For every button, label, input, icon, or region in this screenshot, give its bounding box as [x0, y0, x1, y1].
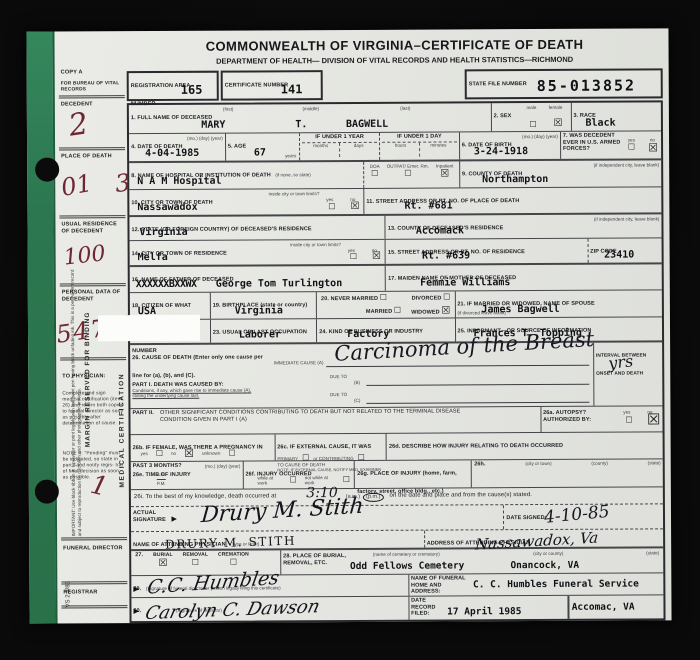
due-to-b-label: DUE TO [330, 374, 347, 379]
section-place-of-death: PLACE OF DEATH [61, 153, 123, 160]
certificate-number-value: 141 [281, 82, 303, 96]
external-cause-label: 26c. IF EXTERNAL CAUSE, IT WAS [277, 444, 371, 450]
race-value: Black [585, 118, 615, 129]
row-parents: 16. NAME OF FATHER OF DECEASED XXXXXXBXX… [130, 264, 662, 293]
conditions-note: Conditions, if any, which gave rise to i… [132, 387, 264, 398]
interval-value: yrs [607, 351, 634, 373]
pregnancy-yes-checkbox: ☐ [156, 449, 163, 457]
certificate-number-label: CERTIFICATE NUMBER [225, 82, 288, 88]
county-hint: (county) [591, 461, 608, 468]
state-file-label: STATE FILE NUMBER [469, 81, 527, 87]
part2-label: PART II. [132, 410, 154, 433]
section-usual-residence: USUAL RESIDENCE OF DECEDENT [61, 221, 123, 235]
field-describe-injury: 26d. DESCRIBE HOW INJURY RELATING TO DEA… [386, 432, 663, 459]
not-while-work-hint: not while at work [305, 475, 335, 485]
married-checkbox: ☐ [394, 305, 401, 314]
burial-city-value: Onancock, VA [510, 560, 579, 571]
field-residence-city: 14. CITY OR TOWN OF RESIDENCE inside cit… [130, 240, 385, 265]
time-injury-date-hint: (mo.) (day) (year) [205, 464, 241, 469]
field-physician-name: NAME OF ATTENDING PHYSICIAN (Type or Pri… [131, 531, 424, 550]
never-married-checkbox: ☐ [380, 293, 387, 302]
zip-value: 23410 [604, 250, 634, 261]
city-county-hint: (city or county) [533, 551, 563, 556]
row-registrar: 30. (Signature of registrar) ▶ Carolyn C… [131, 595, 663, 621]
date-of-death-value: 4-04-1985 [145, 148, 199, 159]
field-father: 16. NAME OF FATHER OF DECEASED XXXXXXBXX… [130, 266, 385, 292]
burial-state-hint: (state) [646, 550, 659, 555]
autopsy-no-checkbox: ☒ [647, 412, 661, 427]
burial-checkbox: ☒ [158, 559, 167, 569]
independent-city-hint-2: (if independent city, leave blank) [594, 216, 660, 221]
age-label: 5. AGE [228, 144, 246, 150]
margin-binding-label: MARGIN RESERVED FOR BINDING [84, 259, 92, 499]
spouse-value: James Bagwell [481, 304, 559, 315]
row-26bcd: 26b. IF FEMALE, WAS THERE A PREGNANCY IN… [131, 432, 663, 462]
state-file-box: STATE FILE NUMBER 85-013852 [465, 68, 663, 99]
part2-text: OTHER SIGNIFICANT CONDITIONS CONTRIBUTIN… [160, 408, 485, 433]
row-26efgh: 26e. TIME OF INJURY (mo.) (day) (year) A… [131, 459, 663, 490]
row-residence-state: 12. STATE (OR FOREIGN COUNTRY) OF DECEAS… [129, 214, 661, 241]
while-work-hint: while at work [258, 475, 282, 485]
date-filed-label: DATE RECORD FILED: [411, 598, 445, 618]
field-time-of-injury: 26e. TIME OF INJURY (mo.) (day) (year) A… [131, 462, 243, 490]
registrar-sig-arrow-icon: ▶ [133, 607, 138, 615]
hand-number-pod1: 01 [59, 169, 94, 202]
occupation-value: Laborer [239, 329, 281, 340]
registrar-signature: Carolyn C. Dawson [143, 596, 322, 624]
armed-forces-label: 7. WAS DECEDENT EVER IN U.S. ARMED FORCE… [563, 133, 623, 153]
due-to-c-label: DUE TO [330, 392, 347, 397]
field-age: 5. AGE 67 years [225, 133, 300, 160]
hand-number-residence: 100 [62, 241, 106, 270]
row-part2: PART II. OTHER SIGNIFICANT CONDITIONS CO… [130, 406, 662, 435]
months-hint: months [302, 143, 339, 157]
cause-line-b [366, 384, 589, 386]
row-death-date: 4. DATE OF DEATH (mo.) (day) (year) 4-04… [129, 131, 661, 163]
date-signed-label: DATE SIGNED: [506, 515, 546, 521]
hole-punch-bottom [35, 480, 59, 504]
form-code: VS 2.5/83 [65, 557, 71, 607]
field-armed-forces: 7. WAS DECEDENT EVER IN U.S. ARMED FORCE… [560, 131, 661, 159]
am-hint: A.M. [157, 472, 166, 477]
field-city-of-death: 10. CITY OR TOWN OF DEATH inside city or… [129, 189, 363, 215]
sex-male-checkbox: ☐ [529, 121, 536, 129]
field-filed-place: Accomac, VA [568, 595, 664, 619]
registration-area-value: 165 [181, 83, 203, 97]
outpatient-checkbox: ☐ [404, 170, 411, 178]
pm-hint: P.M. [157, 479, 166, 486]
field-date-of-birth: 6. DATE OF BIRTH (mo.) (day) (year) 3-24… [459, 132, 560, 160]
photo-background: IMPORTANT: Use black ribbon in typewrite… [0, 0, 700, 660]
last-hint: (last) [400, 106, 410, 111]
row-citizen-marital: 18. CITIZEN OF WHAT COUNTRY USA 19. BIRT… [130, 290, 662, 320]
state-hint: (state) [648, 460, 661, 467]
cause-line-a [326, 365, 589, 367]
field-actual-signature: ACTUAL SIGNATURE ▶ Drury M. Stith [131, 505, 504, 531]
field-autopsy: 26a. AUTOPSY? AUTHORIZED BY: yes ☐ no ☒ [540, 406, 662, 432]
field-interval: INTERVAL BETWEEN ONSET AND DEATH yrs [593, 342, 662, 405]
immediate-cause-label: IMMEDIATE CAUSE (A) [274, 360, 324, 365]
date-of-birth-hint: (mo.) (day) (year) [522, 134, 558, 139]
marital-number: 20. [321, 296, 329, 302]
row-residence-city: 14. CITY OR TOWN OF RESIDENCE inside cit… [130, 238, 662, 267]
signature-arrow-icon: ▶ [171, 516, 176, 523]
describe-injury-label: 26d. DESCRIBE HOW INJURY RELATING TO DEA… [389, 443, 563, 450]
field-residence-state: 12. STATE (OR FOREIGN COUNTRY) OF DECEAS… [129, 216, 384, 240]
registration-area-box: REGISTRATION AREA NUMBER 165 [127, 71, 219, 101]
form-grid: 1. FULL NAME OF DECEASED (first) (middle… [127, 100, 666, 623]
field-residence-county: 13. COUNTY OF DECEASED'S RESIDENCE (if i… [385, 214, 662, 238]
forces-yes-checkbox: ☐ [628, 143, 635, 151]
row-hospital: 8. NAME OF HOSPITAL OR INSTITUTION OF DE… [129, 160, 661, 190]
funeral-sig-arrow-icon: ▶ [133, 585, 138, 593]
date-of-death-hint: (mo.) (day) (year) [187, 136, 223, 141]
date-filed-value: 17 April 1985 [447, 606, 521, 617]
divorced-checkbox: ☐ [443, 292, 450, 301]
father-value: George Tom Turlington [216, 278, 342, 290]
field-physician-address: ADDRESS OF ATTENDING PHYSICIAN Nassawado… [424, 529, 663, 547]
registration-row: REGISTRATION AREA NUMBER 165 CERTIFICATE… [127, 68, 663, 101]
field-hospital: 8. NAME OF HOSPITAL OR INSTITUTION OF DE… [129, 162, 363, 189]
field-sex: 2. SEX male female ☐ ☒ [491, 103, 571, 131]
full-name-label: 1. FULL NAME OF DECEASED [131, 115, 212, 121]
field-occupation: 23. USUAL OR LAST OCCUPATION Laborer [210, 319, 317, 343]
street-of-death-value: Rt. #681 [404, 200, 452, 211]
under-1-year-label: IF UNDER 1 YEAR [302, 134, 377, 143]
pregnancy-no-hint: no [171, 451, 176, 456]
divorced-hint: DIVORCED [412, 296, 442, 302]
margin-important-note: IMPORTANT: Use black ribbon in typewrite… [70, 264, 84, 536]
death-certificate-document: IMPORTANT: Use black ribbon in typewrite… [26, 28, 671, 623]
field-marital-status: 20. NEVER MARRIED ☐ DIVORCED ☐ MARRIED ☐… [316, 291, 454, 318]
actual-signature-label: ACTUAL SIGNATURE [133, 510, 167, 523]
sex-female-hint: female [549, 105, 563, 110]
field-mother: 17. MAIDEN NAME OF MOTHER OF DECEASED Fe… [385, 264, 662, 290]
field-registrar-signature: 30. (Signature of registrar) ▶ Carolyn C… [131, 597, 408, 621]
residence-no-checkbox: ☒ [372, 252, 381, 262]
inpatient-checkbox: ☒ [440, 169, 449, 179]
certificate-number-box: CERTIFICATE NUMBER 141 [221, 70, 323, 101]
birthplace-value: Virginia [235, 305, 283, 316]
residence-street-value: Rt. #639 [422, 250, 470, 261]
residence-county-value: Accomack [416, 225, 464, 236]
field-spouse: 21. IF MARRIED OR WIDOWED, NAME OF SPOUS… [454, 290, 662, 317]
sidebar-rule [59, 95, 125, 98]
hospital-hint: (if none, so state) [275, 172, 311, 177]
b-paren: (B) [354, 380, 360, 385]
county-of-death-value: Northampton [482, 174, 548, 185]
cause-left-notes: 26. CAUSE OF DEATH (Enter only one cause… [130, 344, 274, 408]
middle-hint: (middle) [302, 106, 319, 111]
sidebar-rule [61, 537, 127, 540]
certificate-form: COMMONWEALTH OF VIRGINIA–CERTIFICATE OF … [126, 36, 665, 623]
cause-lines: IMMEDIATE CAUSE (A) Carcinoma of the Bre… [274, 343, 594, 408]
mother-value: Femmie Williams [420, 277, 510, 288]
field-date-signed: DATE SIGNED: 4-10-85 [503, 504, 663, 529]
field-injury-location: 26h. (city or town) (county) (state) [471, 459, 663, 487]
filed-place-value: Accomac, VA [572, 602, 635, 613]
married-hint: MARRIED [366, 308, 392, 314]
limits-hint-2: inside city or town limits? [281, 242, 341, 247]
sex-male-hint: male [526, 105, 536, 110]
hole-punch-top [35, 158, 59, 182]
contributing-hint: or CONTRIBUTING [313, 455, 353, 460]
minutes-hint: minutes [419, 142, 457, 156]
pm-paren-circled: (p.m.) [363, 492, 383, 501]
city-death-no-checkbox: ☒ [350, 202, 359, 212]
pregnancy-no-checkbox: ☒ [184, 448, 194, 459]
days-hint: days [339, 142, 377, 156]
first-hint: (first) [223, 107, 233, 112]
cemetery-hint: (name of cemetery or crematory) [373, 552, 440, 557]
hand-number-pod2: 3 [114, 168, 132, 198]
sex-label: 2. SEX [494, 113, 512, 119]
field-date-filed: DATE RECORD FILED: 17 April 1985 [408, 596, 568, 620]
field-part2: PART II. OTHER SIGNIFICANT CONDITIONS CO… [130, 407, 540, 434]
under-1-day-label: IF UNDER 1 DAY [382, 133, 457, 142]
row-name: 1. FULL NAME OF DECEASED (first) (middle… [129, 102, 661, 134]
pregnancy-yes-hint: yes [141, 451, 148, 456]
field-admission-type: DOA☐ OUTPAT/ Emer. Rm.☐ Inpatient☒ [363, 161, 459, 188]
field-funeral-signature: 29. (Signature of funeral director or pe… [131, 575, 408, 597]
c-paren: (C) [354, 398, 360, 403]
name-middle-value: T. [295, 119, 307, 130]
section-funeral-director: FUNERAL DIRECTOR [63, 545, 125, 552]
autopsy-yes-hint: yes [623, 410, 630, 415]
while-work-checkbox: ☐ [290, 476, 297, 484]
section-decedent: DECEDENT [61, 101, 123, 108]
residence-state-value: Virginia [139, 227, 187, 238]
removal-checkbox: ☐ [192, 559, 199, 567]
physician-name-value: DRURY M. STITH [165, 534, 296, 552]
autopsy-yes-checkbox: ☐ [625, 417, 632, 425]
date-of-birth-value: 3-24-1918 [474, 146, 528, 157]
binding-stripe [26, 32, 57, 624]
field-residence-street: 15. STREET ADDRESS OR RT. NO. OF RESIDEN… [385, 239, 587, 264]
field-under-1-day: IF UNDER 1 DAY hours minutes [379, 132, 459, 159]
page-subtitle: DEPARTMENT OF HEALTH— DIVISION OF VITAL … [127, 54, 663, 66]
field-under-1-year: IF UNDER 1 YEAR months days [299, 133, 379, 160]
field-birthplace: 19. BIRTHPLACE (state or country) Virgin… [210, 292, 317, 319]
autopsy-label: 26a. AUTOPSY? AUTHORIZED BY: [543, 410, 608, 424]
knowledge-rest: on the date and place and from the cause… [389, 492, 532, 500]
copy-label: COPY A [61, 69, 123, 76]
widowed-hint: WIDOWED [411, 309, 440, 315]
name-last-value: BAGWELL [346, 119, 388, 130]
ssn-redaction-box [98, 315, 200, 342]
primary-hint: PRIMARY [277, 456, 298, 461]
hospital-value: N A M Hospital [137, 176, 221, 187]
disposition-number: 27. [135, 552, 143, 559]
city-town-hint: (city or town) [525, 461, 551, 468]
residence-city-value: Melfa [138, 252, 168, 263]
field-full-name: 1. FULL NAME OF DECEASED (first) (middle… [129, 103, 491, 133]
pregnancy-unknown-checkbox: ☐ [228, 449, 235, 457]
row-signature: ACTUAL SIGNATURE ▶ Drury M. Stith DATE S… [131, 504, 663, 532]
residence-yes-checkbox: ☐ [350, 253, 357, 261]
hours-hint: hours [382, 142, 419, 156]
state-file-value: 85-013852 [537, 76, 636, 95]
independent-city-hint: (if independent city, leave blank) [594, 162, 660, 167]
funeral-home-label: NAME OF FUNERAL HOME AND ADDRESS: [411, 575, 471, 595]
age-unit-hint: years [285, 153, 296, 158]
medical-certification-label: MEDICAL CERTIFICATION [118, 324, 126, 536]
section-registrar: REGISTRAR [63, 589, 125, 596]
never-married-hint: NEVER MARRIED [331, 296, 378, 302]
pregnancy-unknown-hint: unknown [202, 451, 220, 456]
not-while-work-checkbox: ☐ [343, 476, 350, 484]
field-place-of-burial: 28. PLACE OF BURIAL, REMOVAL, ETC. (name… [280, 548, 663, 574]
city-of-death-value: Nassawadox [137, 202, 197, 213]
row-funeral-director: 29. (Signature of funeral director or pe… [131, 573, 663, 598]
city-death-yes-checkbox: ☐ [328, 203, 335, 211]
hand-number-decedent: 2 [67, 106, 91, 143]
page-title: COMMONWEALTH OF VIRGINIA–CERTIFICATE OF … [126, 36, 662, 54]
sidebar-rule [59, 215, 125, 218]
field-street-of-death: 11. STREET ADDRESS OR RT. NO. OF PLACE O… [363, 187, 661, 214]
name-first-value: MARY [201, 120, 225, 131]
section-cause-of-death: 26. CAUSE OF DEATH (Enter only one cause… [130, 342, 662, 409]
field-date-of-death: 4. DATE OF DEATH (mo.) (day) (year) 4-04… [129, 134, 225, 162]
sex-female-checkbox: ☒ [553, 119, 562, 129]
cremation-checkbox: ☐ [230, 559, 237, 567]
field-county-of-death: 9. COUNTY OF DEATH (if independent city,… [459, 160, 661, 187]
row-city-of-death: 10. CITY OR TOWN OF DEATH inside city or… [129, 187, 661, 217]
field-pregnancy: 26b. IF FEMALE, WAS THERE A PREGNANCY IN… [131, 434, 275, 461]
cause-line-c [366, 402, 589, 404]
field-zip: ZIP CODE 23410 [587, 238, 662, 262]
sidebar-rule [59, 147, 125, 150]
age-value: 67 [254, 147, 266, 158]
injury-location-label: 26h. [474, 461, 485, 468]
forces-no-checkbox: ☒ [648, 142, 658, 153]
father-struck-text: XXXXXXBXXWX [136, 279, 197, 290]
cemetery-value: Odd Fellows Cemetery [350, 560, 464, 572]
cause-label: 26. CAUSE OF DEATH (Enter only one cause… [132, 354, 263, 379]
field-external-cause: 26c. IF EXTERNAL CAUSE, IT WAS PRIMARY☐ … [274, 434, 386, 461]
place-of-burial-label: 28. PLACE OF BURIAL, REMOVAL, ETC. [283, 553, 347, 567]
widowed-checkbox: ☒ [441, 305, 450, 316]
bureau-label: FOR BUREAU OF VITAL RECORDS [61, 81, 123, 93]
date-signed-value: 4-10-85 [544, 502, 611, 528]
field-place-of-injury: 26g. PLACE OF INJURY (home, farm, factor… [354, 460, 471, 488]
doa-checkbox: ☐ [371, 170, 378, 178]
funeral-home-value: C. C. Humbles Funeral Service [473, 578, 639, 590]
limits-hint: inside city or town limits? [259, 191, 319, 196]
field-race: 3. RACE Black [570, 102, 661, 130]
field-funeral-home: NAME OF FUNERAL HOME AND ADDRESS: C. C. … [408, 573, 663, 595]
